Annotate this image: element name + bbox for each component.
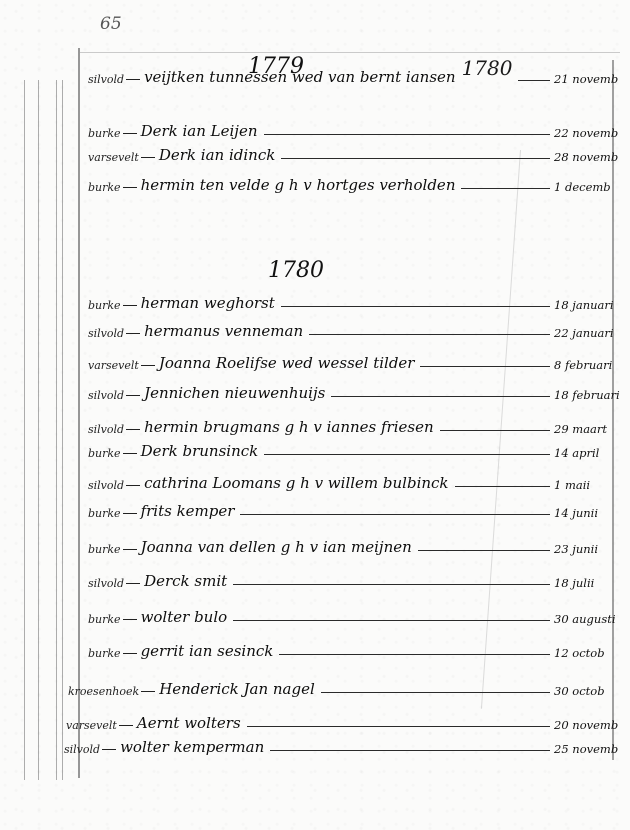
entry-date: 29 maart [554,422,618,436]
page-number: 65 [100,14,122,34]
entry-place: burke [88,447,121,460]
entry-date: 30 octob [554,684,618,698]
separator-dash [119,725,133,726]
entry-name: Derk brunsinck [141,442,259,460]
register-entry: burke Joanna van dellen g h v ian meijne… [88,532,618,556]
entry-place: kroesenhoek [68,685,139,698]
entry-name: Derk ian idinck [159,146,275,164]
entry-place: burke [88,613,121,626]
separator-dash [123,187,137,188]
register-entry: burke wolter bulo 30 augusti [88,602,618,626]
entry-date: 21 novemb [554,72,618,86]
register-entry: burke hermin ten velde g h v hortges ver… [88,170,618,194]
entry-place: burke [88,181,121,194]
inline-year-annotation: 1780 [462,56,513,80]
entry-name: Aernt wolters [137,714,241,732]
entry-place: silvold [88,327,124,340]
entry-date: 18 februari [554,388,618,402]
entry-name: frits kemper [141,502,235,520]
top-margin-rule [80,52,620,53]
entry-date: 14 april [554,446,618,460]
entry-date: 1 decemb [554,180,618,194]
leader-line [264,454,550,455]
register-entry: burke frits kemper 14 junii [88,496,618,520]
entry-date: 28 novemb [554,150,618,164]
leader-line [455,486,550,487]
separator-dash [126,583,140,584]
entry-name: Derck smit [144,572,227,590]
separator-dash [126,485,140,486]
entry-date: 22 januari [554,326,618,340]
entry-place: burke [88,543,121,556]
entry-name: veijtken tunnessen wed van bernt iansen [144,68,455,86]
register-entry: kroesenhoek Henderick Jan nagel 30 octob [68,674,618,698]
leader-line [270,750,550,751]
register-entry: silvold hermanus venneman 22 januari [88,316,618,340]
register-entry: silvold Derck smit 18 julii [88,566,618,590]
entry-name: hermin ten velde g h v hortges verholden [141,176,456,194]
year-heading-1780: 1780 [268,258,324,283]
separator-dash [123,133,137,134]
leader-line [331,396,550,397]
entry-date: 20 novemb [554,718,618,732]
entry-name: hermin brugmans g h v iannes friesen [144,418,434,436]
entry-place: silvold [88,73,124,86]
leader-line [309,334,550,335]
entry-date: 18 januari [554,298,618,312]
register-entry: silvold veijtken tunnessen wed van bernt… [88,62,618,86]
entry-name: hermanus venneman [144,322,303,340]
separator-dash [126,429,140,430]
entry-date: 1 maii [554,478,618,492]
leader-line [233,584,550,585]
separator-dash [141,365,155,366]
entry-place: silvold [88,479,124,492]
separator-dash [126,395,140,396]
entry-name: Henderick Jan nagel [159,680,315,698]
separator-dash [123,513,137,514]
entry-name: gerrit ian sesinck [141,642,274,660]
entry-date: 22 novemb [554,126,618,140]
entry-date: 8 februari [554,358,618,372]
entry-date: 30 augusti [554,612,618,626]
entry-name: Joanna Roelifse wed wessel tilder [159,354,415,372]
entry-name: wolter kemperman [120,738,264,756]
entry-name: wolter bulo [141,608,228,626]
separator-dash [123,653,137,654]
entry-date: 18 julii [554,576,618,590]
entry-place: burke [88,299,121,312]
leader-line [240,514,550,515]
entry-name: Derk ian Leijen [141,122,258,140]
entry-name: Joanna van dellen g h v ian meijnen [141,538,412,556]
register-entry: varsevelt Derk ian idinck 28 novemb [88,140,618,164]
leader-line [461,188,550,189]
entry-place: burke [88,647,121,660]
entry-place: silvold [88,389,124,402]
register-entry: burke herman weghorst 18 januari [88,288,618,312]
entry-place: varsevelt [66,719,117,732]
entry-place: varsevelt [88,151,139,164]
leader-line [518,80,550,81]
leader-line [440,430,550,431]
separator-dash [126,79,140,80]
entry-date: 14 junii [554,506,618,520]
leader-line [281,158,550,159]
entry-date: 25 novemb [554,742,618,756]
register-entry: silvold cathrina Loomans g h v willem bu… [88,468,618,492]
register-entry: silvold hermin brugmans g h v iannes fri… [88,412,618,436]
leader-line [418,550,550,551]
separator-dash [141,691,155,692]
separator-dash [123,453,137,454]
register-page: 65 1779 silvold veijtken tunnessen wed v… [0,0,630,830]
entry-place: burke [88,127,121,140]
leader-line [321,692,550,693]
leader-line [264,134,551,135]
entry-name: Jennichen nieuwenhuijs [144,384,325,402]
separator-dash [126,333,140,334]
entry-date: 12 octob [554,646,618,660]
register-entry: silvold wolter kemperman 25 novemb [64,732,618,756]
register-entry: silvold Jennichen nieuwenhuijs 18 februa… [88,378,618,402]
register-entry: burke Derk ian Leijen 22 novemb [88,116,618,140]
entry-place: silvold [88,577,124,590]
leader-line [279,654,550,655]
register-entry: burke Derk brunsinck 14 april [88,436,618,460]
leader-line [281,306,550,307]
separator-dash [141,157,155,158]
entry-place: silvold [64,743,100,756]
separator-dash [123,619,137,620]
separator-dash [123,305,137,306]
page-binding-edge [20,80,64,780]
entry-place: silvold [88,423,124,436]
entry-date: 23 junii [554,542,618,556]
leader-line [420,366,550,367]
left-margin-rule [78,48,80,778]
separator-dash [102,749,116,750]
separator-dash [123,549,137,550]
leader-line [247,726,550,727]
entry-name: cathrina Loomans g h v willem bulbinck [144,474,448,492]
entry-place: burke [88,507,121,520]
register-entry: burke gerrit ian sesinck 12 octob [88,636,618,660]
register-entry: varsevelt Aernt wolters 20 novemb [66,708,618,732]
leader-line [233,620,550,621]
entry-name: herman weghorst [141,294,275,312]
register-entry: varsevelt Joanna Roelifse wed wessel til… [88,348,618,372]
entry-place: varsevelt [88,359,139,372]
